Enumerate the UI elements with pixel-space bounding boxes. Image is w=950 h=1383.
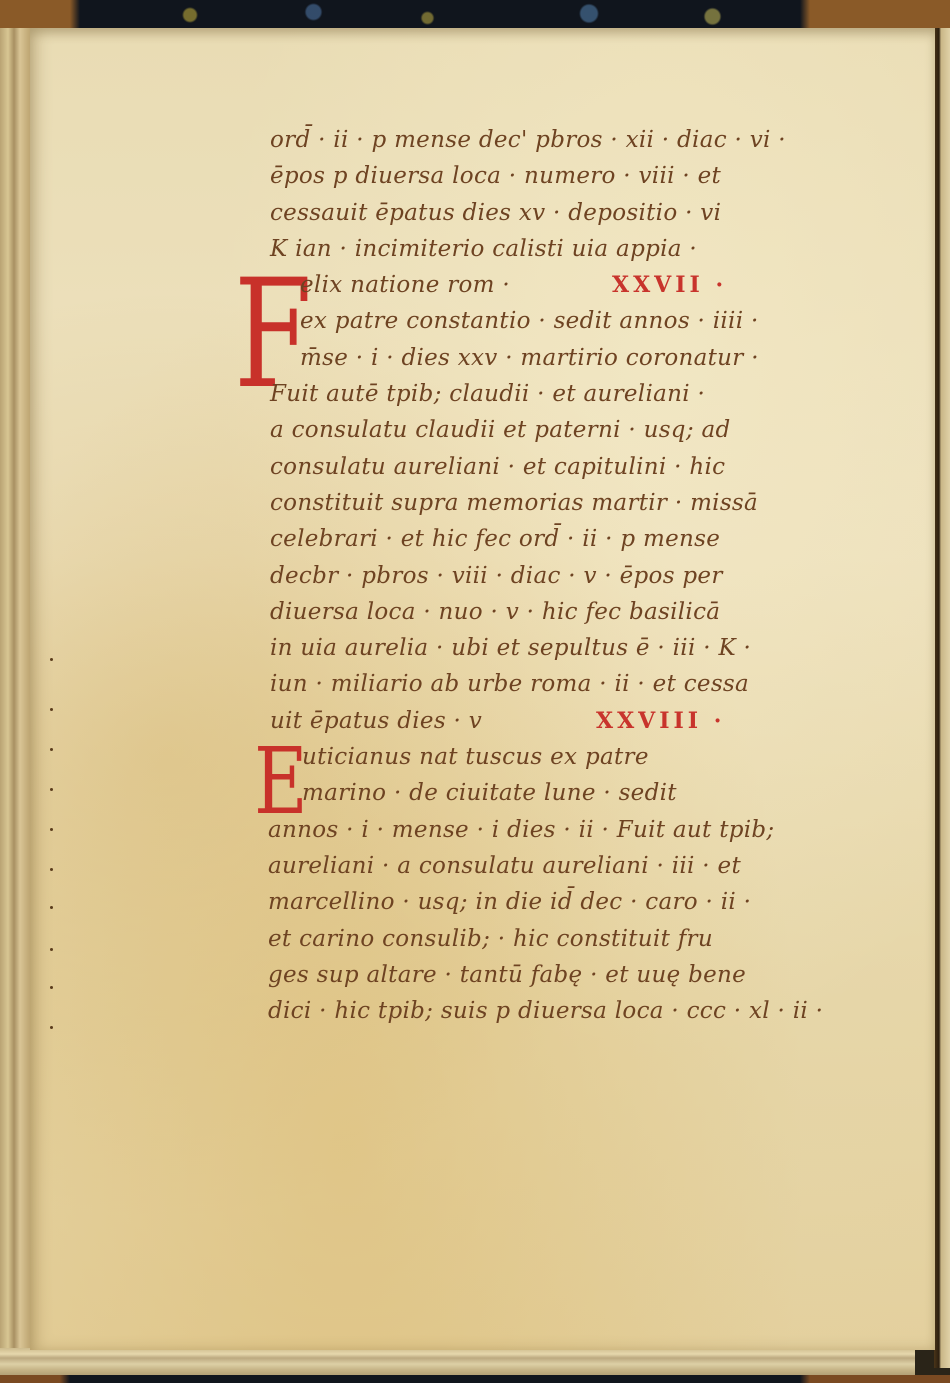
text-line-14: diuersa loca · nuo · v · hic fec basilic… bbox=[240, 594, 860, 630]
text-line-11: constituit supra memorias martir · missā bbox=[240, 485, 860, 521]
text-line-17: uit ēpatus dies · v XXVIII · bbox=[240, 703, 860, 739]
text-line-13: decbr · pbros · viii · diac · v · ēpos p… bbox=[240, 558, 860, 594]
text-line-23: et carino consulib; · hic constituit fru bbox=[240, 921, 860, 957]
text-line-18: uticianus nat tuscus ex patre bbox=[240, 739, 860, 775]
text-line-9: a consulatu claudii et paterni · usq; ad bbox=[240, 412, 860, 448]
marbled-cover-bottom bbox=[0, 1375, 950, 1383]
binding-edge-right bbox=[934, 28, 950, 1368]
rubric-xxviii: XXVIII · bbox=[596, 703, 725, 739]
text-line-12: celebrari · et hic fec ord̄ · ii · p men… bbox=[240, 521, 860, 557]
text-block: F E ord̄ · ii · p mense dec' pbros · xii… bbox=[240, 122, 860, 1029]
text-line-6: ex patre constantio · sedit annos · iiii… bbox=[240, 303, 860, 339]
text-line-21: aureliani · a consulatu aureliani · iii … bbox=[240, 848, 860, 884]
text-line-19: marino · de ciuitate lune · sedit bbox=[240, 775, 860, 811]
text-line-4: K ian · incimiterio calisti uia appia · bbox=[240, 231, 860, 267]
marbled-cover-top bbox=[0, 0, 950, 30]
text-line-5: elix natione rom · XXVII · bbox=[240, 267, 860, 303]
text-line-1: ord̄ · ii · p mense dec' pbros · xii · d… bbox=[240, 122, 860, 158]
text-line-15: in uia aurelia · ubi et sepultus ē · iii… bbox=[240, 630, 860, 666]
text-line-10: consulatu aureliani · et capitulini · hi… bbox=[240, 449, 860, 485]
pricking-holes bbox=[50, 98, 60, 1098]
text-line-22: marcellino · usq; in die id̄ dec · caro … bbox=[240, 884, 860, 920]
text-line-24: ges sup altare · tantū fabę · et uuę ben… bbox=[240, 957, 860, 993]
rubric-xxvii: XXVII · bbox=[612, 267, 727, 303]
text-line-3: cessauit ēpatus dies xv · depositio · vi bbox=[240, 195, 860, 231]
text-line-2: ēpos p diuersa loca · numero · viii · et bbox=[240, 158, 860, 194]
text-line-7: m̄se · i · dies xxv · martirio coronatur… bbox=[240, 340, 860, 376]
text-line-8: Fuit autē tpib; claudii · et aureliani · bbox=[240, 376, 860, 412]
page-stack-left bbox=[0, 28, 34, 1368]
page-stack-bottom bbox=[0, 1348, 915, 1378]
text-line-25: dici · hic tpib; suis p diuersa loca · c… bbox=[240, 993, 860, 1029]
text-line-16: iun · miliario ab urbe roma · ii · et ce… bbox=[240, 666, 860, 702]
text-line-20: annos · i · mense · i dies · ii · Fuit a… bbox=[240, 812, 860, 848]
